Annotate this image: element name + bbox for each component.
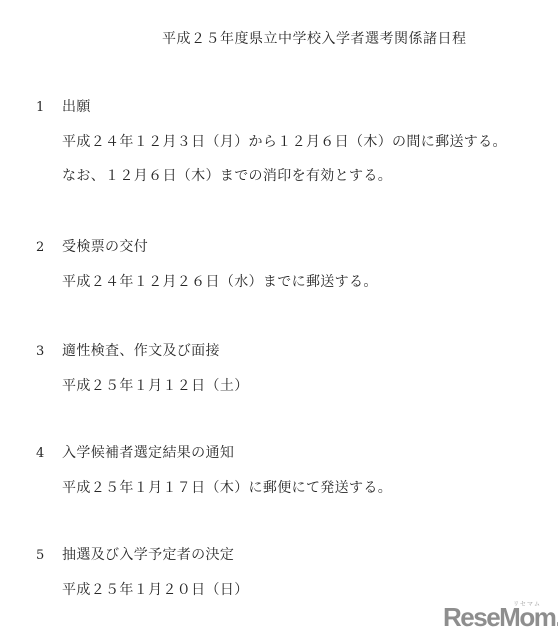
item-number: 3 [36, 342, 62, 362]
item-heading-row: 3適性検査、作文及び面接 [36, 341, 542, 362]
item-number: 1 [36, 98, 62, 118]
schedule-item-aptitude-test: 3適性検査、作文及び面接 平成２５年１月１２日（土） [36, 341, 542, 410]
item-text-line: 平成２５年１月１２日（土） [62, 376, 542, 396]
item-text-line: 平成２５年１月１７日（木）に郵便にて発送する。 [62, 478, 542, 498]
item-heading-row: 5抽選及び入学予定者の決定 [36, 545, 542, 566]
item-number: 5 [36, 546, 62, 566]
item-heading: 抽選及び入学予定者の決定 [62, 547, 234, 563]
item-text-line: 平成２４年１２月２６日（水）までに郵送する。 [62, 272, 542, 292]
resemom-logo: リセマム ReseMom. [443, 599, 549, 635]
page-title: 平成２５年度県立中学校入学者選考関係諸日程 [162, 28, 467, 48]
item-text-line: なお、１２月６日（木）までの消印を有効とする。 [62, 166, 542, 186]
item-heading: 入学候補者選定結果の通知 [62, 445, 234, 461]
item-heading: 適性検査、作文及び面接 [62, 343, 220, 359]
item-number: 2 [36, 238, 62, 258]
item-heading-row: 1出願 [36, 97, 542, 118]
item-heading-row: 4入学候補者選定結果の通知 [36, 443, 542, 464]
document-page: 平成２５年度県立中学校入学者選考関係諸日程 1出願 平成２４年１２月３日（月）か… [0, 0, 558, 640]
schedule-item-application: 1出願 平成２４年１２月３日（月）から１２月６日（木）の間に郵送する。 なお、１… [36, 97, 542, 200]
schedule-item-result-notification: 4入学候補者選定結果の通知 平成２５年１月１７日（木）に郵便にて発送する。 [36, 443, 542, 512]
item-number: 4 [36, 444, 62, 464]
item-heading: 受検票の交付 [62, 239, 148, 255]
resemom-logo-wordmark: ReseMom. [443, 604, 558, 630]
schedule-item-exam-ticket: 2受検票の交付 平成２４年１２月２６日（水）までに郵送する。 [36, 237, 542, 306]
item-heading: 出願 [62, 99, 91, 115]
item-heading-row: 2受検票の交付 [36, 237, 542, 258]
item-text-line: 平成２５年１月２０日（日） [62, 580, 542, 600]
item-text-line: 平成２４年１２月３日（月）から１２月６日（木）の間に郵送する。 [62, 132, 542, 152]
